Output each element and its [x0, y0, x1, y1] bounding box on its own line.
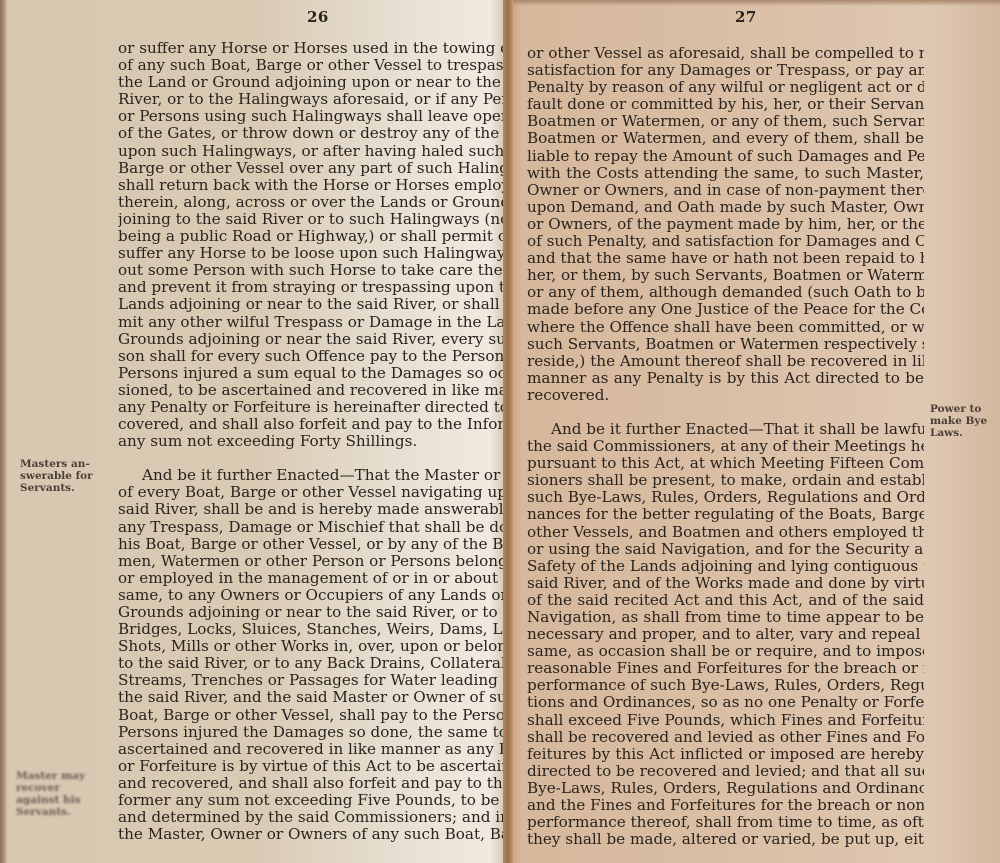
margin-note-line: against his — [16, 794, 96, 806]
paragraph: And be it further Enacted—That the Maste… — [118, 467, 504, 843]
text-line: Bye-Laws, Rules, Orders, Regulations and… — [527, 780, 924, 797]
text-line: Persons injured a sum equal to the Damag… — [118, 365, 504, 382]
text-line: they shall be made, altered or varied, b… — [527, 831, 924, 848]
paragraph: And be it further Enacted—That it shall … — [527, 421, 924, 848]
margin-note-power-bye-laws: Power to make Bye Laws. — [930, 403, 995, 439]
margin-note-line: Laws. — [930, 427, 995, 439]
text-line: liable to repay the Amount of such Damag… — [527, 148, 924, 165]
text-line: Penalty by reason of any wilful or negli… — [527, 79, 924, 96]
text-line: reasonable Fines and Forfeitures for the… — [527, 660, 924, 677]
text-line: with the Costs attending the same, to su… — [527, 165, 924, 182]
text-line: same, as occasion shall be or require, a… — [527, 643, 924, 660]
margin-note-line: recover — [16, 782, 96, 794]
text-line: shall exceed Five Pounds, which Fines an… — [527, 712, 924, 729]
margin-note-line: swerable for — [20, 470, 112, 482]
text-line: River, or to the Halingways aforesaid, o… — [118, 91, 504, 108]
text-line: any Trespass, Damage or Mischief that sh… — [118, 519, 504, 536]
text-line: men, Watermen or other Person or Persons… — [118, 553, 504, 570]
text-line: Persons injured the Damages so done, the… — [118, 724, 504, 741]
text-line: former any sum not exceeding Five Pounds… — [118, 792, 504, 809]
margin-note-master-may-recover: Master may recover against his Servants. — [16, 770, 96, 818]
text-line: Grounds adjoining or near the said River… — [118, 331, 504, 348]
text-line: directed to be recovered and levied; and… — [527, 763, 924, 780]
text-line: the said Commissioners, at any of their … — [527, 438, 924, 455]
text-line: to the said River, or to any Back Drains… — [118, 655, 504, 672]
text-line: Boatmen or Watermen, or any of them, suc… — [527, 113, 924, 130]
margin-note-line: Servants. — [16, 806, 96, 818]
text-line: Shots, Mills or other Works in, over, up… — [118, 638, 504, 655]
paragraph-gap — [118, 450, 504, 467]
text-line: covered, and shall also forfeit and pay … — [118, 416, 504, 433]
text-line: the said River, and the said Master or O… — [118, 689, 504, 706]
text-line: performance thereof, shall from time to … — [527, 814, 924, 831]
book-gutter — [503, 0, 513, 863]
text-line: sioned, to be ascertained and recovered … — [118, 382, 504, 399]
text-line: Streams, Trenches or Passages for Water … — [118, 672, 504, 689]
text-line: manner as any Penalty is by this Act dir… — [527, 370, 924, 387]
text-line: or using the said Navigation, and for th… — [527, 541, 924, 558]
margin-note-line: Masters an- — [20, 458, 112, 470]
text-line: Safety of the Lands adjoining and lying … — [527, 558, 924, 575]
margin-note-line: Power to — [930, 403, 995, 415]
text-line: satisfaction for any Damages or Trespass… — [527, 62, 924, 79]
text-line: joining to the said River or to such Hal… — [118, 211, 504, 228]
text-line: of the said recited Act and this Act, an… — [527, 592, 924, 609]
text-line: and prevent it from straying or trespass… — [118, 279, 504, 296]
text-line: or any of them, although demanded (such … — [527, 284, 924, 301]
text-line: said River, shall be and is hereby made … — [118, 501, 504, 518]
text-line: reside,) the Amount thereof shall be rec… — [527, 353, 924, 370]
text-line: Bridges, Locks, Sluices, Stanches, Weirs… — [118, 621, 504, 638]
text-line: shall return back with the Horse or Hors… — [118, 177, 504, 194]
text-line: mit any other wilful Trespass or Damage … — [118, 314, 504, 331]
text-line: or Persons using such Halingways shall l… — [118, 108, 504, 125]
text-line: and determined by the said Commissioners… — [118, 809, 504, 826]
text-line: Owner or Owners, and in case of non-paym… — [527, 182, 924, 199]
text-line: made before any One Justice of the Peace… — [527, 301, 924, 318]
text-line: out some Person with such Horse to take … — [118, 262, 504, 279]
text-line: or other Vessel as aforesaid, shall be c… — [527, 45, 924, 62]
text-line: and the Fines and Forfeitures for the br… — [527, 797, 924, 814]
text-line: of such Penalty, and satisfaction for Da… — [527, 233, 924, 250]
text-line: sioners shall be present, to make, ordai… — [527, 472, 924, 489]
right-page: 27 Power to make Bye Laws. or other Vess… — [510, 0, 1000, 863]
paragraph: or other Vessel as aforesaid, shall be c… — [527, 45, 924, 404]
left-page-body: or suffer any Horse or Horses used in th… — [118, 40, 504, 843]
text-line: or Owners, of the payment made by him, h… — [527, 216, 924, 233]
page-number: 26 — [307, 8, 329, 26]
text-line: suffer any Horse to be loose upon such H… — [118, 245, 504, 262]
text-line: feitures by this Act inflicted or impose… — [527, 746, 924, 763]
text-line: of every Boat, Barge or other Vessel nav… — [118, 484, 504, 501]
text-line: of the Gates, or throw down or destroy a… — [118, 125, 504, 142]
text-line: or Forfeiture is by virtue of this Act t… — [118, 758, 504, 775]
text-line: said River, and of the Works made and do… — [527, 575, 924, 592]
text-line: such Servants, Boatmen or Watermen respe… — [527, 336, 924, 353]
text-line: and recovered, and shall also forfeit an… — [118, 775, 504, 792]
text-line: performance of such Bye-Laws, Rules, Ord… — [527, 677, 924, 694]
text-line: Boat, Barge or other Vessel, shall pay t… — [118, 707, 504, 724]
text-line: tions and Ordinances, so as no one Penal… — [527, 694, 924, 711]
paragraph: or suffer any Horse or Horses used in th… — [118, 40, 504, 450]
text-line: and that the same have or hath not been … — [527, 250, 924, 267]
text-line: upon Demand, and Oath made by such Maste… — [527, 199, 924, 216]
paragraph-gap — [527, 404, 924, 421]
left-page: 26 Masters an- swerable for Servants. Ma… — [0, 0, 505, 863]
text-line: Barge or other Vessel over any part of s… — [118, 160, 504, 177]
text-line: And be it further Enacted—That the Maste… — [118, 467, 504, 484]
text-line: or suffer any Horse or Horses used in th… — [118, 40, 504, 57]
text-line: any sum not exceeding Forty Shillings. — [118, 433, 504, 450]
text-line: ascertained and recovered in like manner… — [118, 741, 504, 758]
text-line: the Master, Owner or Owners of any such … — [118, 826, 504, 843]
text-line: son shall for every such Offence pay to … — [118, 348, 504, 365]
text-line: his Boat, Barge or other Vessel, or by a… — [118, 536, 504, 553]
text-line: such Bye-Laws, Rules, Orders, Regulation… — [527, 489, 924, 506]
margin-note-line: make Bye — [930, 415, 995, 427]
text-line: being a public Road or Highway,) or shal… — [118, 228, 504, 245]
text-line: Lands adjoining or near to the said Rive… — [118, 296, 504, 313]
text-line: upon such Halingways, or after having ha… — [118, 143, 504, 160]
book-spread: 26 Masters an- swerable for Servants. Ma… — [0, 0, 1000, 863]
text-line: Navigation, as shall from time to time a… — [527, 609, 924, 626]
margin-note-line: Servants. — [20, 482, 112, 494]
text-line: of any such Boat, Barge or other Vessel … — [118, 57, 504, 74]
text-line: Boatmen or Watermen, and every of them, … — [527, 130, 924, 147]
text-line: or employed in the management of or in o… — [118, 570, 504, 587]
text-line: the Land or Ground adjoining upon or nea… — [118, 74, 504, 91]
text-line: her, or them, by such Servants, Boatmen … — [527, 267, 924, 284]
text-line: And be it further Enacted—That it shall … — [527, 421, 924, 438]
text-line: where the Offence shall have been commit… — [527, 319, 924, 336]
text-line: any Penalty or Forfeiture is hereinafter… — [118, 399, 504, 416]
text-line: shall be recovered and levied as other F… — [527, 729, 924, 746]
right-page-body: or other Vessel as aforesaid, shall be c… — [527, 45, 924, 848]
text-line: same, to any Owners or Occupiers of any … — [118, 587, 504, 604]
text-line: other Vessels, and Boatmen and others em… — [527, 524, 924, 541]
text-line: pursuant to this Act, at which Meeting F… — [527, 455, 924, 472]
text-line: therein, along, across or over the Lands… — [118, 194, 504, 211]
page-number: 27 — [735, 8, 757, 26]
margin-note-masters-answerable: Masters an- swerable for Servants. — [20, 458, 112, 494]
margin-note-line: Master may — [16, 770, 96, 782]
text-line: nances for the better regulating of the … — [527, 506, 924, 523]
text-line: Grounds adjoining or near to the said Ri… — [118, 604, 504, 621]
text-line: fault done or committed by his, her, or … — [527, 96, 924, 113]
text-line: recovered. — [527, 387, 924, 404]
text-line: necessary and proper, and to alter, vary… — [527, 626, 924, 643]
